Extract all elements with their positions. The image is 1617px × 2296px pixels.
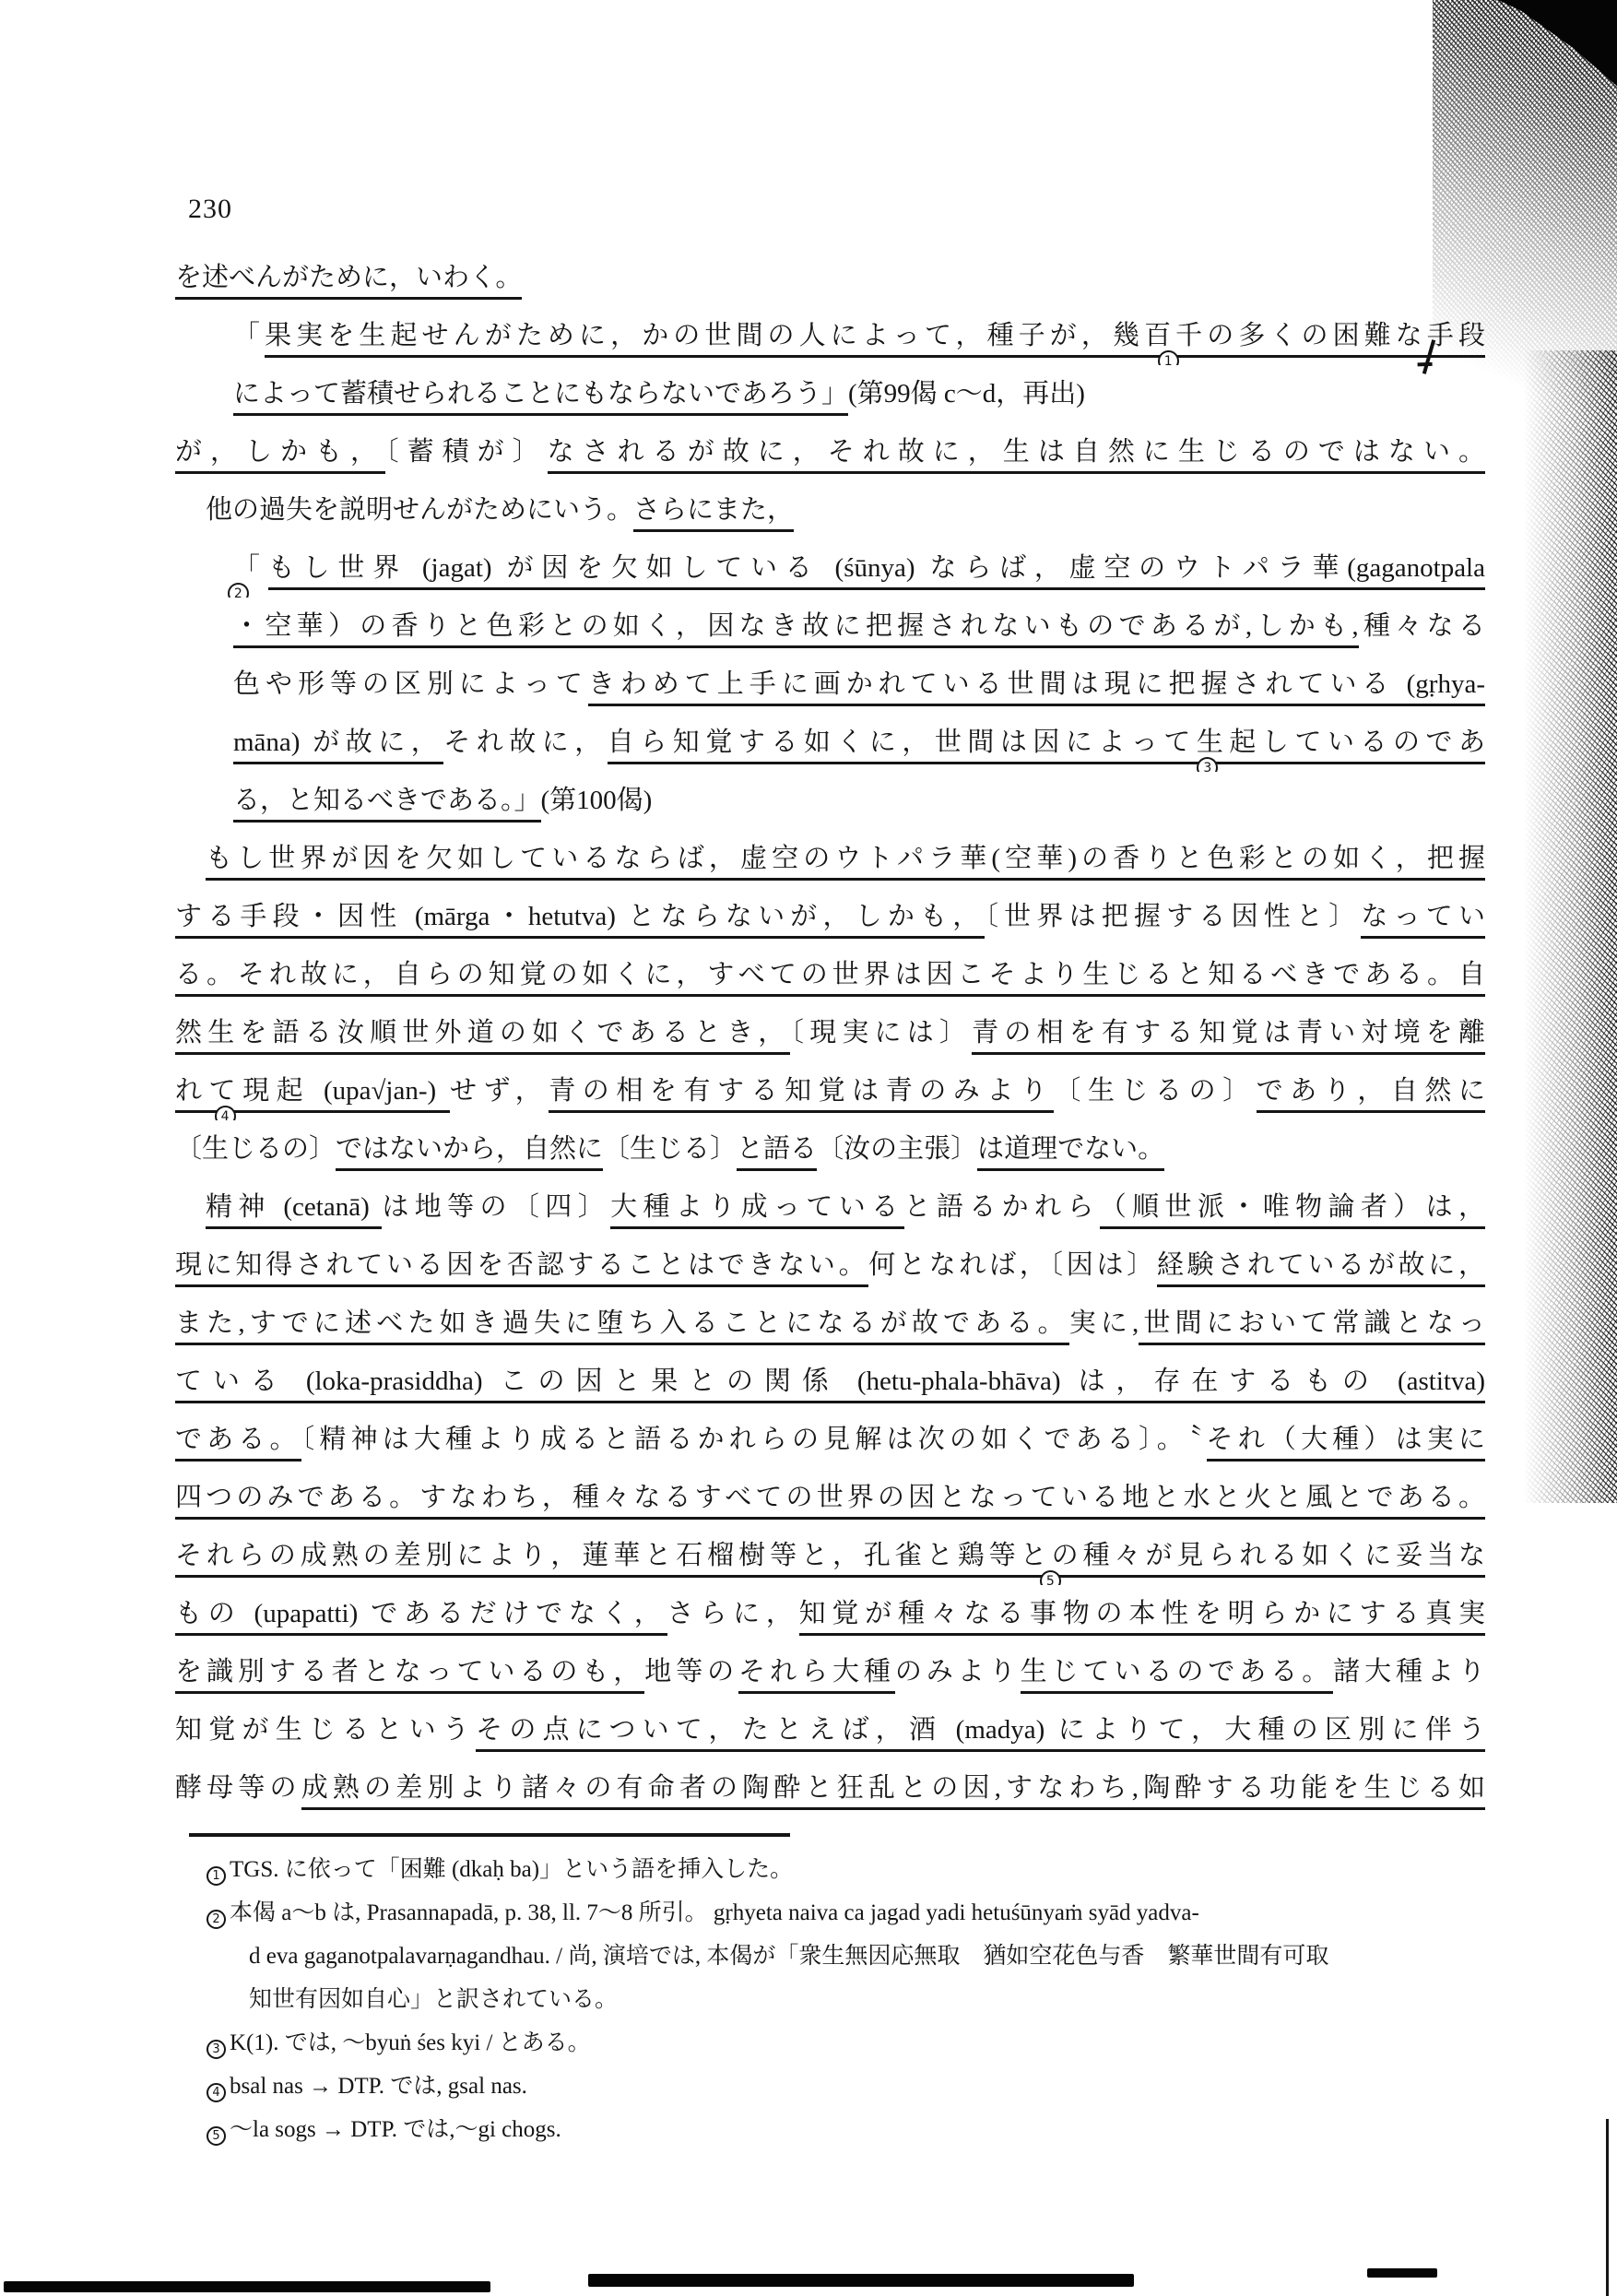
text-segment: 〔現実には〕 bbox=[790, 1018, 972, 1047]
text-line: ている (loka-prasiddha) この因と果との関係 (hetu-pha… bbox=[175, 1353, 1485, 1411]
text-segment: きわめて上手に画かれている世間は現に把握されている (gṛhya- bbox=[588, 669, 1485, 706]
text-segment: 他の過失を説明せんがためにいう。 bbox=[206, 495, 633, 525]
footnote-continuation: d eva gaganotpalavarṇagandhau. / 尚, 演培では… bbox=[207, 1935, 1497, 1978]
text-segment: (第99偈 c〜d，再出) bbox=[848, 379, 1085, 408]
text-segment: が，しかも， bbox=[175, 437, 385, 474]
text-segment: (第100偈) bbox=[541, 786, 653, 815]
text-segment: 然生を語る汝順世外道の如くであるとき， bbox=[175, 1018, 790, 1055]
footnote-text: 知世有因如自心」と訳されている。 bbox=[249, 1987, 618, 2012]
text-segment: 自ら知覚する如くに，世間は因によって生起しているのであ bbox=[608, 728, 1485, 764]
text-segment: 〔精神は大種より成ると語るかれらの見解は次の如くである〕。〝 bbox=[301, 1425, 1207, 1454]
text-line: もの (upapatti) であるだけでなく，さらに，知覚が種々なる事物の本性を… bbox=[175, 1585, 1485, 1643]
text-segment: は道理でない。 bbox=[977, 1134, 1164, 1171]
text-line: 他の過失を説明せんがためにいう。さらにまた， bbox=[175, 481, 1485, 539]
text-segment: それら大種 bbox=[738, 1657, 895, 1694]
footnote-text: K(1). では, 〜byuṅ śes kyi / とある。 bbox=[230, 2030, 591, 2055]
text-line: が，しかも，〔蓄積が〕なされるが故に，それ故に，生は自然に生じるのではない。 bbox=[175, 423, 1485, 481]
text-segment: と語る bbox=[737, 1134, 817, 1171]
text-segment: 諸大種より bbox=[1333, 1657, 1485, 1686]
footnote-number: 4 bbox=[207, 2083, 226, 2102]
text-segment: れて現起 (upa√jan-) bbox=[175, 1076, 450, 1113]
page-number: 230 bbox=[188, 194, 232, 225]
scan-noise-right-edge bbox=[1497, 350, 1617, 1503]
text-segment: 何となれば，〔因は〕 bbox=[868, 1250, 1157, 1280]
text-segment: 果実を生起せんがために，かの世間の人によって，種子が，幾百千の多くの困難な手段 bbox=[265, 321, 1485, 358]
footnotes: 1TGS. に依って「困難 (dkaḥ ba)」という語を挿入した。2本偈 a〜… bbox=[207, 1848, 1497, 2151]
text-line: である。〔精神は大種より成ると語るかれらの見解は次の如くである〕。〝それ（大種）… bbox=[175, 1411, 1485, 1469]
text-segment: 現に知得されている因を否認することはできない。 bbox=[175, 1250, 868, 1287]
text-line: 「果実を生起せんがために，かの世間の人によって，種子が，幾百千の多くの困難な手段… bbox=[175, 307, 1485, 365]
text-segment: それ故に， bbox=[443, 728, 608, 757]
text-segment: 経験されているが故に， bbox=[1157, 1250, 1485, 1287]
text-line: ・空華）の香りと色彩との如く，因なき故に把握されないものであるが,しかも,種々な… bbox=[175, 598, 1485, 656]
text-segment: 世間において常識となっ bbox=[1139, 1308, 1485, 1345]
text-line: それらの成熟の差別により，蓮華と石榴樹等と，孔雀と鶏等との種々が見られる如くに妥… bbox=[175, 1527, 1485, 1585]
document-page: 230 を述べんがために，いわく。「果実を生起せんがために，かの世間の人によって… bbox=[0, 0, 1617, 2296]
text-segment: もし世界 (jagat) が因を欠如している (śūnya) ならば，虚空のウト… bbox=[268, 553, 1485, 590]
text-segment: また,すでに述べた如き過失に堕ち入ることになるが故である。 bbox=[175, 1308, 1069, 1345]
text-segment: その点について，たとえば，酒 (madya) によりて，大種の区別に伴う bbox=[476, 1715, 1485, 1752]
text-segment: 「 bbox=[233, 321, 265, 350]
text-segment: のみより bbox=[895, 1657, 1021, 1686]
text-segment: さらに， bbox=[667, 1599, 799, 1628]
text-line: を識別する者となっているのも，地等のそれら大種のみより生じているのである。諸大種… bbox=[175, 1643, 1485, 1701]
text-line: また,すでに述べた如き過失に堕ち入ることになるが故である。実に,世間において常識… bbox=[175, 1295, 1485, 1353]
text-segment: 地等の bbox=[644, 1657, 738, 1686]
footnote: 4bsal nas → DTP. では, gsal nas. bbox=[207, 2065, 1497, 2108]
footnote-text: bsal nas → DTP. では, gsal nas. bbox=[230, 2074, 527, 2099]
text-line: 〔生じるの〕ではないから，自然に〔生じる〕と語る〔汝の主張〕は道理でない。 bbox=[175, 1120, 1485, 1178]
text-segment: によって蓄積せられることにもならないであろう」 bbox=[233, 379, 848, 416]
footnote-number: 1 bbox=[207, 1866, 226, 1886]
text-segment: する手段・因性 (mārga・hetutva) とならないが，しかも， bbox=[175, 902, 985, 939]
text-line: れて現起 (upa√jan-) せず，青の相を有する知覚は青のみより〔生じるの〕… bbox=[175, 1062, 1485, 1120]
footnote-text: 本偈 a〜b は, Prasannapadā, p. 38, ll. 7〜8 所… bbox=[230, 1900, 1199, 1925]
text-segment: 精神 (cetanā) bbox=[206, 1192, 382, 1229]
text-line: 色や形等の区別によってきわめて上手に画かれている世間は現に把握されている (gṛ… bbox=[175, 656, 1485, 714]
text-line: 四つのみである。すなわち，種々なるすべての世界の因となっている地と水と火と風とで… bbox=[175, 1469, 1485, 1527]
text-segment: と語るかれら bbox=[904, 1192, 1100, 1222]
text-segment: ている (loka-prasiddha) この因と果との関係 (hetu-pha… bbox=[175, 1367, 1485, 1403]
text-segment: それ（大種）は実に bbox=[1207, 1425, 1485, 1462]
text-segment: を識別する者となっているのも， bbox=[175, 1657, 644, 1694]
text-segment: なされるが故に，それ故に，生は自然に生じるのではない。 bbox=[548, 437, 1485, 474]
footnote-marker: 2 bbox=[228, 583, 249, 598]
text-segment: ではないから，自然に bbox=[336, 1134, 603, 1171]
text-segment: 種々なる bbox=[1359, 611, 1485, 641]
text-segment: もの (upapatti) であるだけでなく， bbox=[175, 1599, 667, 1636]
text-segment: である。 bbox=[175, 1425, 301, 1462]
text-segment: 生じているのである。 bbox=[1021, 1657, 1334, 1694]
text-segment: 〔汝の主張〕 bbox=[817, 1134, 977, 1164]
text-line: 精神 (cetanā) は地等の〔四〕大種より成っていると語るかれら（順世派・唯… bbox=[175, 1178, 1485, 1237]
scan-bottom-bar bbox=[4, 2281, 490, 2292]
text-segment: 〔生じるの〕 bbox=[1054, 1076, 1256, 1106]
footnote-continuation: 知世有因如自心」と訳されている。 bbox=[207, 1978, 1497, 2021]
footnote: 2本偈 a〜b は, Prasannapadā, p. 38, ll. 7〜8 … bbox=[207, 1891, 1497, 1935]
text-segment: 色や形等の区別によって bbox=[233, 669, 588, 699]
footnote: 5〜la sogs → DTP. では,〜gi chogs. bbox=[207, 2108, 1497, 2151]
text-segment: 〔世界は把握する因性と〕 bbox=[985, 902, 1361, 931]
footnote: 1TGS. に依って「困難 (dkaḥ ba)」という語を挿入した。 bbox=[207, 1848, 1497, 1891]
text-line: を述べんがために，いわく。 bbox=[175, 249, 1485, 307]
text-segment: 実に, bbox=[1069, 1308, 1139, 1338]
text-segment: る。それ故に，自らの知覚の如くに，すべての世界は因こそより生じると知るべきである… bbox=[175, 960, 1485, 997]
text-segment: それらの成熟の差別により，蓮華と石榴樹等と，孔雀と鶏等との種々が見られる如くに妥… bbox=[175, 1541, 1485, 1578]
text-line: によって蓄積せられることにもならないであろう」(第99偈 c〜d，再出) bbox=[175, 365, 1485, 423]
footnote-number: 3 bbox=[207, 2040, 226, 2059]
footnote-text: 〜la sogs → DTP. では,〜gi chogs. bbox=[230, 2117, 561, 2142]
text-segment: は地等の〔四〕 bbox=[382, 1192, 610, 1222]
text-segment: （順世派・唯物論者）は， bbox=[1100, 1192, 1485, 1229]
footnote-number: 2 bbox=[207, 1910, 226, 1929]
text-line: る，と知るべきである。」(第100偈) bbox=[175, 772, 1485, 830]
text-line: 然生を語る汝順世外道の如くであるとき，〔現実には〕青の相を有する知覚は青い対境を… bbox=[175, 1004, 1485, 1062]
scan-bottom-bar bbox=[1367, 2268, 1437, 2278]
text-segment: もし世界が因を欠如しているならば，虚空のウトパラ華(空華)の香りと色彩との如く，… bbox=[206, 844, 1485, 881]
footnote-marker: 5 bbox=[1040, 1570, 1061, 1585]
text-segment: 知覚が種々なる事物の本性を明らかにする真実 bbox=[799, 1599, 1485, 1636]
text-segment: 大種より成っている bbox=[610, 1192, 903, 1229]
text-line: 酵母等の成熟の差別より諸々の有命者の陶酔と狂乱との因,すなわち,陶酔する功能を生… bbox=[175, 1759, 1485, 1817]
text-segment: であり，自然に bbox=[1257, 1076, 1485, 1113]
text-segment: を述べんがために，いわく。 bbox=[175, 263, 522, 300]
text-line: る。それ故に，自らの知覚の如くに，すべての世界は因こそより生じると知るべきである… bbox=[175, 946, 1485, 1004]
text-segment: 〔蓄積が〕 bbox=[385, 437, 548, 467]
text-segment: māna) が故に， bbox=[233, 728, 443, 764]
footnote-number: 5 bbox=[207, 2126, 226, 2146]
footnote-text: d eva gaganotpalavarṇagandhau. / 尚, 演培では… bbox=[249, 1944, 1328, 1969]
footnote-separator bbox=[189, 1833, 790, 1837]
text-line: 「もし世界 (jagat) が因を欠如している (śūnya) ならば，虚空のウ… bbox=[175, 539, 1485, 598]
text-line: する手段・因性 (mārga・hetutva) とならないが，しかも，〔世界は把… bbox=[175, 888, 1485, 946]
text-line: māna) が故に，それ故に，自ら知覚する如くに，世間は因によって生起しているの… bbox=[175, 714, 1485, 772]
scan-bottom-bar bbox=[588, 2274, 1134, 2287]
text-segment: なってい bbox=[1361, 902, 1485, 939]
text-segment: る，と知るべきである。」 bbox=[233, 786, 541, 823]
footnote-marker: 4 bbox=[215, 1106, 236, 1120]
text-segment: 「 bbox=[233, 553, 268, 583]
main-text: を述べんがために，いわく。「果実を生起せんがために，かの世間の人によって，種子が… bbox=[175, 249, 1485, 1817]
text-segment: 〔生じるの〕 bbox=[175, 1134, 336, 1164]
footnote-text: TGS. に依って「困難 (dkaḥ ba)」という語を挿入した。 bbox=[230, 1857, 793, 1882]
text-line: もし世界が因を欠如しているならば，虚空のウトパラ華(空華)の香りと色彩との如く，… bbox=[175, 830, 1485, 888]
text-line: 現に知得されている因を否認することはできない。何となれば，〔因は〕経験されている… bbox=[175, 1237, 1485, 1295]
text-line: 知覚が生じるというその点について，たとえば，酒 (madya) によりて，大種の… bbox=[175, 1701, 1485, 1759]
text-segment: 〔生じる〕 bbox=[603, 1134, 737, 1164]
text-segment: 青の相を有する知覚は青い対境を離 bbox=[972, 1018, 1485, 1055]
footnote-marker: 1 bbox=[1158, 350, 1179, 365]
text-segment: 四つのみである。すなわち，種々なるすべての世界の因となっている地と水と火と風とで… bbox=[175, 1483, 1485, 1520]
text-segment: せず， bbox=[450, 1076, 549, 1106]
text-segment: ・空華）の香りと色彩との如く，因なき故に把握されないものであるが,しかも, bbox=[233, 611, 1359, 648]
scan-edge-line bbox=[1606, 2119, 1609, 2296]
text-segment: 成熟の差別より諸々の有命者の陶酔と狂乱との因,すなわち,陶酔する功能を生じる如 bbox=[301, 1773, 1485, 1810]
text-segment: 青の相を有する知覚は青のみより bbox=[549, 1076, 1054, 1113]
footnote: 3K(1). では, 〜byuṅ śes kyi / とある。 bbox=[207, 2021, 1497, 2065]
text-segment: さらにまた， bbox=[633, 495, 794, 532]
text-segment: 知覚が生じるという bbox=[175, 1715, 476, 1745]
text-segment: 酵母等の bbox=[175, 1773, 301, 1803]
